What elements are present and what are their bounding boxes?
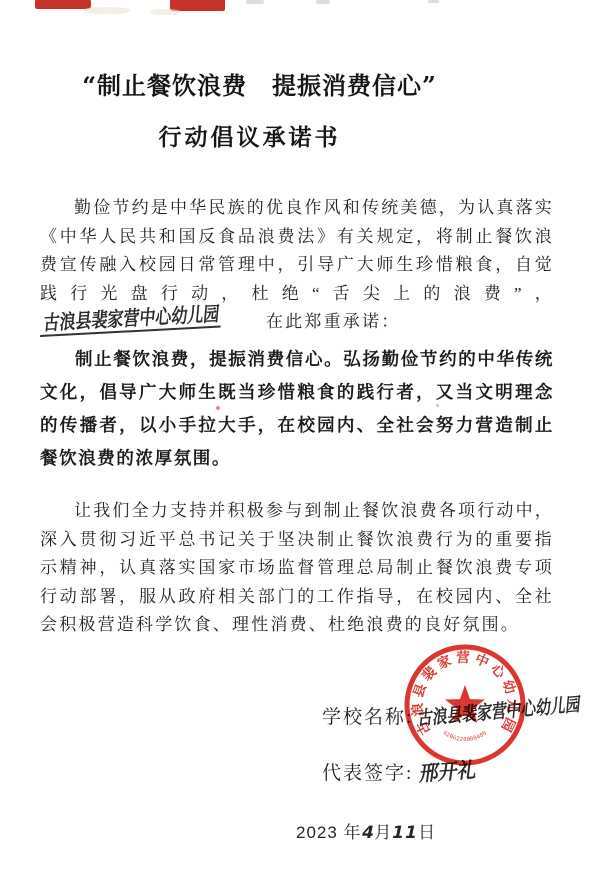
stamp-graphic: 古浪县裴家营中心幼儿园 6206220000489 [400, 640, 530, 770]
paragraph-support: 让我们全力支持并积极参与到制止餐饮浪费各项行动中，深入贯彻习近平总书记关于坚决制… [40, 497, 554, 640]
date-line: 2023 年4月11日 [296, 818, 436, 843]
stamp-code: 6206220000489 [442, 730, 488, 743]
official-red-seal-stamp: 古浪县裴家营中心幼儿园 6206220000489 [400, 640, 530, 770]
scan-artifact-faint-mark [428, 0, 439, 3]
scan-artifact-smudge [84, 7, 130, 14]
scan-artifact-faint-mark [246, 0, 264, 4]
date-day-handwritten: 11 [390, 823, 420, 843]
document-title-line2: 行动倡议承诺书 [0, 119, 545, 152]
date-year: 2023 年 [296, 823, 362, 842]
star-icon [445, 685, 485, 723]
handwritten-school-name-inline: 古浪县裴家营中心幼儿园 [40, 302, 223, 337]
scan-artifact-red-mark [35, 0, 91, 9]
date-day-unit: 日 [418, 823, 436, 842]
paragraph-opening: 勤俭节约是中华民族的优良作风和传统美德，为认真落实《中华人民共和国反食品浪费法》… [40, 194, 554, 337]
paragraph-commitment: 制止餐饮浪费，提振消费信心。弘扬勤俭节约的中华传统文化，倡导广大师生既当珍惜粮食… [40, 343, 554, 475]
stamp-code-holder: 6206220000489 [442, 730, 488, 743]
paragraph-1-closing: 在此郑重承诺： [266, 312, 400, 331]
paragraph-1-text: 勤俭节约是中华民族的优良作风和传统美德，为认真落实《中华人民共和国反食品浪费法》… [40, 198, 554, 303]
scan-artifact-faint-mark [316, 0, 330, 4]
document-title-line1: “制止餐饮浪费 提振消费信心” [0, 66, 555, 101]
scan-artifact-smudge [150, 9, 180, 15]
